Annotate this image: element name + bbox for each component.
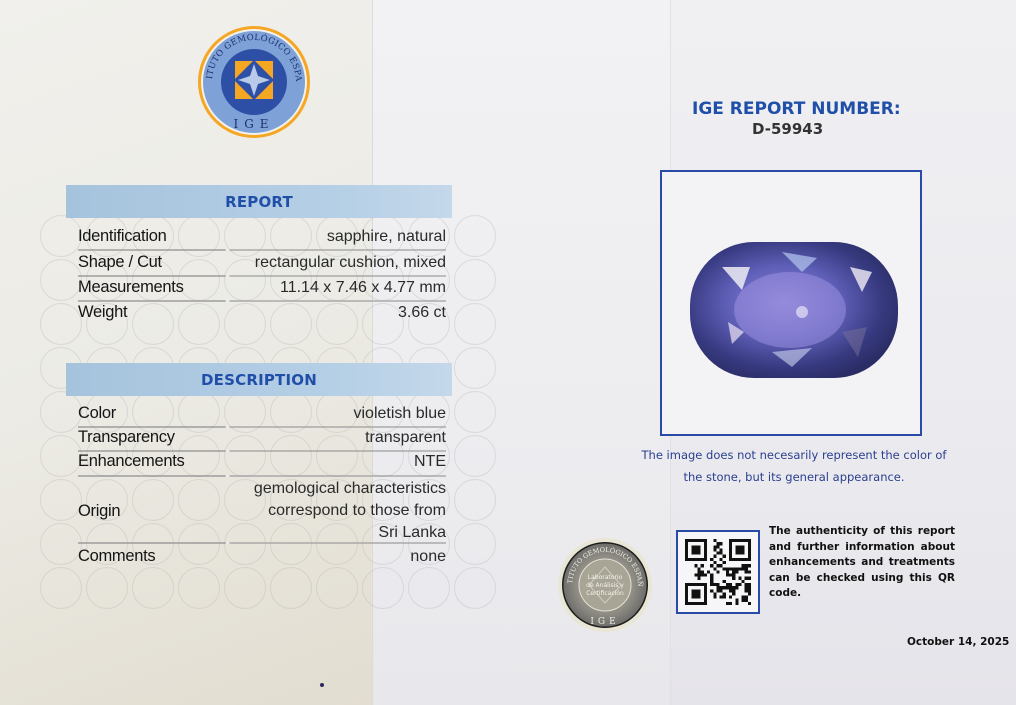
svg-text:de Análisis y: de Análisis y bbox=[586, 582, 624, 589]
paper-speck bbox=[320, 683, 324, 687]
watermark-circle bbox=[132, 567, 174, 609]
row-divider bbox=[78, 275, 446, 277]
svg-text:Laboratorio: Laboratorio bbox=[588, 574, 623, 581]
row-divider bbox=[78, 475, 446, 477]
svg-text:IGE: IGE bbox=[233, 117, 274, 131]
watermark-circle bbox=[40, 435, 82, 477]
report-number: D-59943 bbox=[752, 120, 823, 138]
row-divider bbox=[78, 249, 446, 251]
watermark-circle bbox=[178, 567, 220, 609]
origin-line: correspond to those from bbox=[254, 500, 446, 522]
row-value: sapphire, natural bbox=[327, 228, 446, 246]
description-row: Colorvioletish blue bbox=[78, 404, 446, 423]
watermark-circle bbox=[454, 259, 496, 301]
svg-text:Certificación: Certificación bbox=[586, 590, 624, 597]
watermark-circle bbox=[40, 215, 82, 257]
watermark-circle bbox=[40, 303, 82, 345]
watermark-circle bbox=[454, 303, 496, 345]
description-row: Transparencytransparent bbox=[78, 428, 446, 447]
watermark-circle bbox=[40, 567, 82, 609]
report-row: Weight3.66 ct bbox=[78, 303, 446, 322]
hologram-seal: INSTITUTO GEMOLÓGICO ESPAÑOL IGE Laborat… bbox=[557, 537, 653, 633]
watermark-circle bbox=[454, 523, 496, 565]
certificate-page: INSTITUTO GEMOLÓGICO ESPAÑOL IGE REPORT … bbox=[0, 0, 1016, 705]
sapphire-image bbox=[662, 172, 920, 434]
row-value: none bbox=[410, 548, 446, 566]
origin-line: Sri Lanka bbox=[254, 522, 446, 544]
row-divider bbox=[78, 426, 446, 428]
row-value: gemological characteristicscorrespond to… bbox=[254, 478, 446, 544]
row-divider bbox=[78, 450, 446, 452]
watermark-circle bbox=[40, 259, 82, 301]
row-label: Identification bbox=[78, 227, 166, 246]
qr-code[interactable] bbox=[685, 539, 751, 605]
watermark-circle bbox=[224, 567, 266, 609]
disclaimer-line-2: the stone, but its general appearance. bbox=[634, 466, 954, 488]
row-label: Weight bbox=[78, 303, 127, 322]
stone-photo-frame bbox=[660, 170, 922, 436]
row-divider bbox=[78, 300, 446, 302]
report-date: October 14, 2025 bbox=[907, 636, 1009, 648]
row-label: Comments bbox=[78, 547, 155, 566]
row-label: Origin bbox=[78, 502, 120, 521]
image-disclaimer: The image does not necesarily represent … bbox=[634, 444, 954, 488]
watermark-circle bbox=[454, 347, 496, 389]
watermark-circle bbox=[454, 479, 496, 521]
row-value: 11.14 x 7.46 x 4.77 mm bbox=[280, 279, 446, 297]
row-value: rectangular cushion, mixed bbox=[255, 254, 446, 272]
watermark-circle bbox=[454, 215, 496, 257]
watermark-circle bbox=[40, 523, 82, 565]
description-row: Commentsnone bbox=[78, 547, 446, 566]
row-label: Measurements bbox=[78, 278, 184, 297]
row-label: Enhancements bbox=[78, 452, 184, 471]
watermark-circle bbox=[362, 567, 404, 609]
watermark-circle bbox=[40, 391, 82, 433]
row-label: Color bbox=[78, 404, 116, 423]
origin-line: gemological characteristics bbox=[254, 478, 446, 500]
description-row: Origingemological characteristicscorresp… bbox=[78, 478, 446, 544]
row-value: 3.66 ct bbox=[398, 304, 446, 322]
row-value: transparent bbox=[365, 429, 446, 447]
row-label: Shape / Cut bbox=[78, 253, 162, 272]
qr-code-frame[interactable] bbox=[676, 530, 760, 614]
report-row: Measurements11.14 x 7.46 x 4.77 mm bbox=[78, 278, 446, 297]
watermark-circle bbox=[40, 479, 82, 521]
svg-text:IGE: IGE bbox=[590, 617, 619, 627]
watermark-circle bbox=[454, 567, 496, 609]
qr-authenticity-text: The authenticity of this report and furt… bbox=[769, 524, 955, 602]
disclaimer-line-1: The image does not necesarily represent … bbox=[634, 444, 954, 466]
ige-logo: INSTITUTO GEMOLÓGICO ESPAÑOL IGE bbox=[196, 24, 312, 140]
report-row: Shape / Cutrectangular cushion, mixed bbox=[78, 253, 446, 272]
report-section-header: REPORT bbox=[66, 185, 452, 218]
report-number-title: IGE REPORT NUMBER: bbox=[692, 99, 901, 119]
row-label: Transparency bbox=[78, 428, 175, 447]
row-divider bbox=[78, 542, 446, 544]
watermark-circle bbox=[408, 567, 450, 609]
watermark-circle bbox=[454, 391, 496, 433]
watermark-circle bbox=[316, 567, 358, 609]
description-row: EnhancementsNTE bbox=[78, 452, 446, 471]
row-value: NTE bbox=[414, 453, 446, 471]
watermark-circle bbox=[86, 567, 128, 609]
watermark-circle bbox=[454, 435, 496, 477]
report-row: Identificationsapphire, natural bbox=[78, 227, 446, 246]
watermark-circle bbox=[270, 567, 312, 609]
row-value: violetish blue bbox=[354, 405, 447, 423]
description-section-header: DESCRIPTION bbox=[66, 363, 452, 396]
